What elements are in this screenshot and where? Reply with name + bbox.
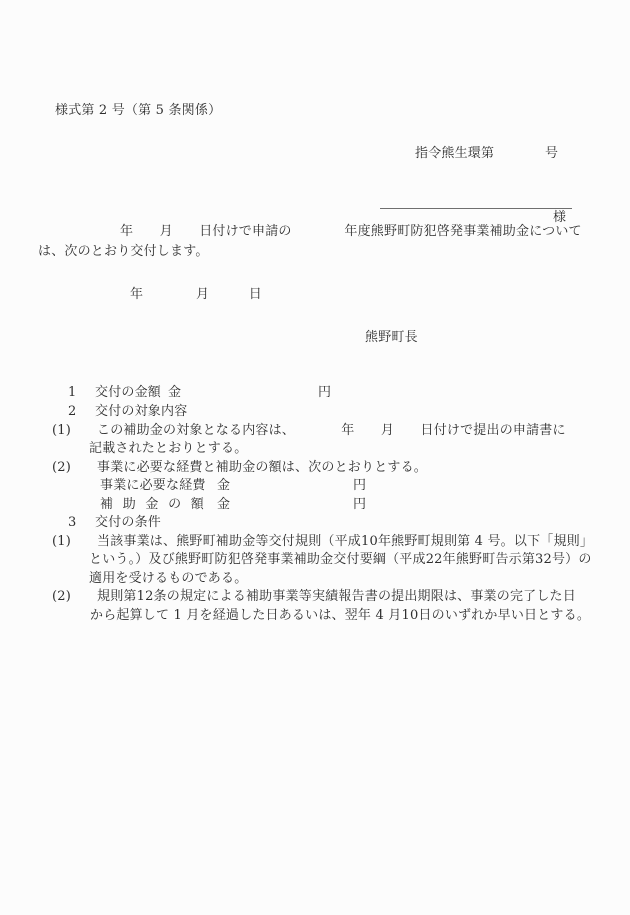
item-2-number: 2 xyxy=(68,404,76,420)
item-3-2-line1: 規則第12条の規定による補助事業等実績報告書の提出期限は、事業の完了した日 xyxy=(97,589,576,605)
item-3-2-line2: から起算して 1 月を経過した日あるいは、翌年 4 月10日のいずれか早い日とす… xyxy=(90,608,590,624)
subsidy-amount-prefix: 金 xyxy=(217,497,230,513)
item-3-number: 3 xyxy=(68,515,76,531)
item-3-1-line2: という。）及び熊野町防犯啓発事業補助金交付要綱（平成22年熊野町告示第32号）の xyxy=(89,552,592,568)
expense-label: 事業に必要な経費 xyxy=(100,478,206,494)
subsidy-label-wrap: 補助金の額 xyxy=(100,497,204,513)
expense-yen-unit: 円 xyxy=(353,478,366,494)
item-2-1-text: この補助金の対象となる内容は、 年 月 日付けで提出の申請書に xyxy=(97,423,566,439)
intro-paragraph-line2: は、次のとおり交付します。 xyxy=(38,244,209,260)
expense-amount-prefix: 金 xyxy=(217,478,230,494)
document-page: 様式第 2 号（第 5 条関係） 指令熊生環第 号 様 年 月 日付けで申請の … xyxy=(0,0,630,915)
mayor-signature: 熊野町長 xyxy=(365,330,418,346)
directive-number-prefix: 指令熊生環第 xyxy=(415,146,494,162)
item-2-2-text: 事業に必要な経費と補助金の額は、次のとおりとする。 xyxy=(97,460,427,476)
item-3-1-line1: 当該事業は、熊野町補助金等交付規則（平成10年熊野町規則第 4 号。以下「規則」 xyxy=(97,534,593,550)
form-number-label: 様式第 2 号（第 5 条関係） xyxy=(55,103,221,119)
item-1-amount-prefix: 金 xyxy=(168,385,181,401)
item-2-1-number: (1) xyxy=(52,423,71,439)
item-1-number: 1 xyxy=(68,385,76,401)
addressee-suffix: 様 xyxy=(553,210,566,225)
intro-paragraph-line1: 年 月 日付けで申請の 年度熊野町防犯啓発事業補助金について xyxy=(120,224,582,240)
item-1-yen-unit: 円 xyxy=(318,385,331,401)
item-2-1-continuation: 記載されたとおりとする。 xyxy=(89,441,247,457)
directive-number-unit: 号 xyxy=(545,146,558,162)
issue-date-blank: 年 月 日 xyxy=(130,287,262,303)
subsidy-yen-unit: 円 xyxy=(353,497,366,513)
item-3-2-number: (2) xyxy=(52,589,71,605)
subsidy-label: 補助金の額 xyxy=(100,497,204,513)
item-3-1-number: (1) xyxy=(52,534,71,550)
item-3-1-line3: 適用を受けるものである。 xyxy=(89,571,247,587)
item-1-label: 交付の金額 xyxy=(95,385,161,401)
item-2-2-number: (2) xyxy=(52,460,71,476)
item-3-label: 交付の条件 xyxy=(95,515,161,531)
addressee-underline: 様 xyxy=(380,191,572,209)
item-2-label: 交付の対象内容 xyxy=(95,404,187,420)
